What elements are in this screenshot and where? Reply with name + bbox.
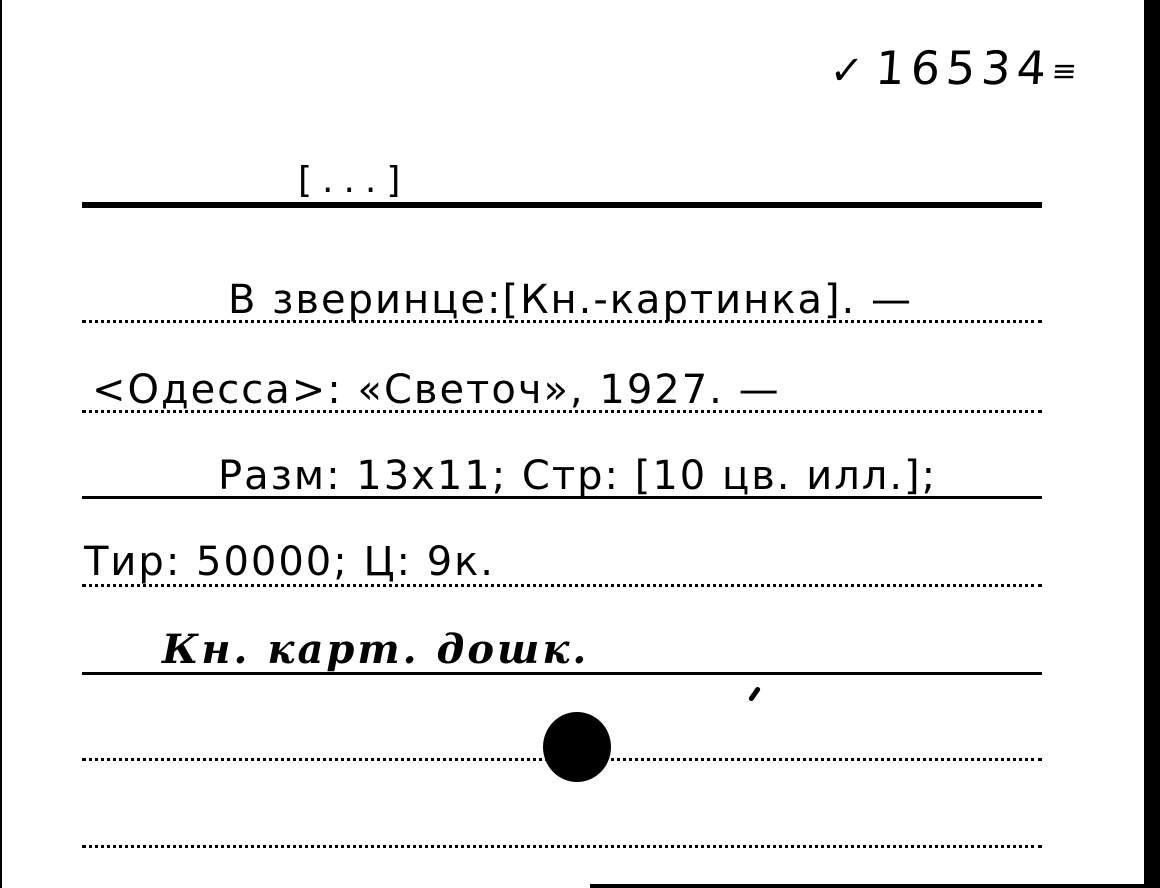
dotted-rule (82, 845, 1042, 848)
dotted-rule (82, 584, 1042, 587)
rule (82, 496, 1042, 499)
catalog-card: ✓16534≡ [...] В зверинце:[Кн.-картинка].… (0, 0, 1160, 888)
rule (82, 672, 1042, 675)
card-heading: [...] (298, 160, 410, 201)
scan-edge-right (1144, 0, 1160, 888)
print-run-price-line: Тир: 50000; Ц: 9к. (84, 538, 495, 586)
dotted-rule (82, 320, 1042, 323)
scan-edge-left (0, 0, 2, 888)
accession-number: ✓16534≡ (828, 40, 1085, 99)
heading-rule (82, 202, 1042, 208)
imprint-line: <Одесса>: «Светоч», 1927. — (92, 366, 781, 414)
triple-line-mark-icon: ≡ (1051, 67, 1083, 77)
handwritten-note: Кн. карт. дошк. (162, 626, 589, 674)
dotted-rule (82, 410, 1042, 413)
scan-edge-bottom (590, 884, 1160, 888)
ink-speck (748, 686, 761, 702)
punch-hole (543, 712, 611, 782)
accession-number-value: 16534 (874, 41, 1054, 95)
size-pages-line: Разм: 13х11; Стр: [10 цв. илл.]; (218, 452, 937, 500)
title-line: В зверинце:[Кн.-картинка]. — (228, 276, 913, 324)
check-mark-icon: ✓ (828, 48, 871, 94)
